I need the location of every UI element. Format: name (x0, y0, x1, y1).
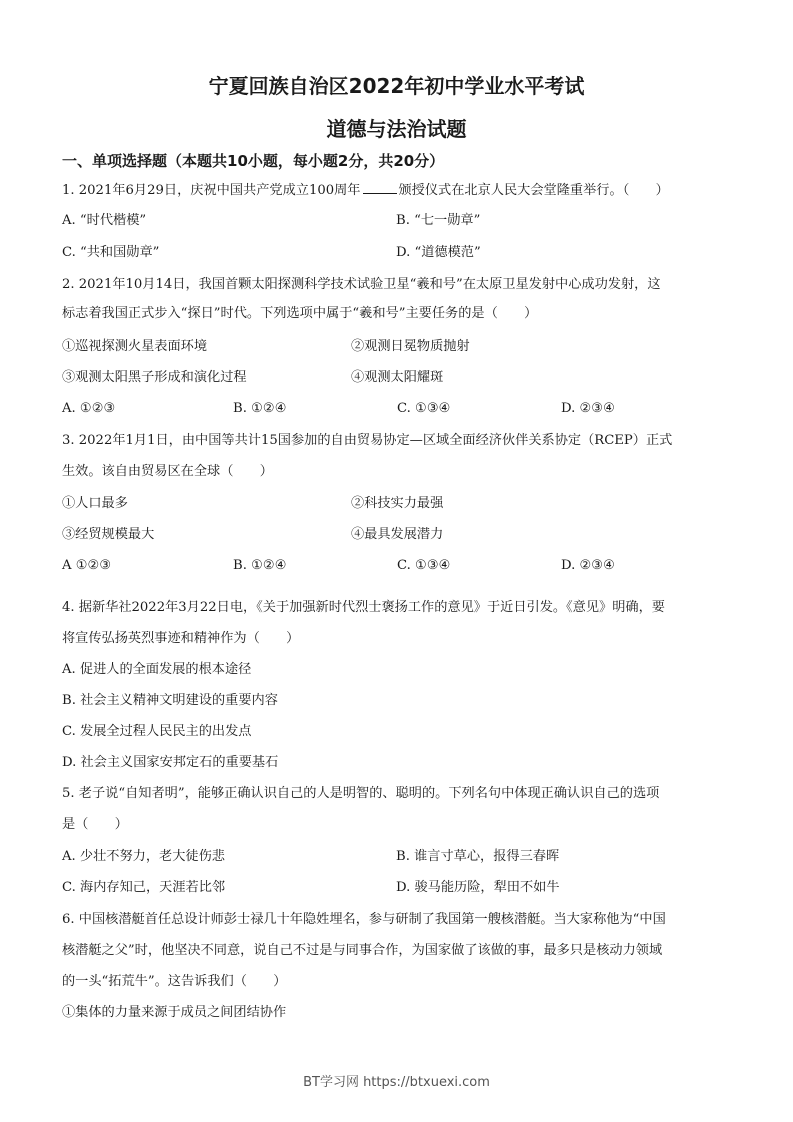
question-2-option-a: A. ①②③ (62, 400, 115, 418)
exam-subtitle: 道德与法治试题 (0, 113, 793, 142)
question-6-statement-1: ①集体的力量来源于成员之间团结协作 (62, 1004, 286, 1022)
question-1-stem: 1. 2021年6月29日，庆祝中国共产党成立100周年颁授仪式在北京人民大会堂… (62, 181, 669, 200)
question-3-statement-1: ①人口最多 (62, 495, 128, 513)
question-2-statement-3: ③观测太阳黑子形成和演化过程 (62, 369, 247, 387)
question-5-option-b: B. 谁言寸草心，报得三春晖 (396, 848, 559, 866)
exam-page: 宁夏回族自治区2022年初中学业水平考试 道德与法治试题 一、单项选择题（本题共… (0, 0, 793, 1122)
question-3-option-c: C. ①③④ (397, 557, 450, 575)
question-4-option-b: B. 社会主义精神文明建设的重要内容 (62, 692, 278, 710)
question-2-statement-4: ④观测太阳耀斑 (351, 369, 443, 387)
watermark-link[interactable]: BT学习网 https://btxuexi.com (0, 1071, 793, 1090)
question-3-stem-line-2: 生效。该自由贸易区在全球（ ） (62, 463, 273, 481)
question-4-option-c: C. 发展全过程人民民主的出发点 (62, 723, 251, 741)
question-3-statement-4: ④最具发展潜力 (351, 526, 443, 544)
question-2-stem-line-2: 标志着我国正式步入“探日”时代。下列选项中属于“羲和号”主要任务的是（ ） (62, 305, 537, 323)
question-1-option-b: B. “七一勋章” (396, 212, 480, 230)
question-4-stem-line-2: 将宣传弘扬英烈事迹和精神作为（ ） (62, 630, 299, 648)
question-6-stem-line-1: 6. 中国核潜艇首任总设计师彭士禄几十年隐姓埋名，参与研制了我国第一艘核潜艇。当… (62, 911, 666, 929)
question-5-stem-line-2: 是（ ） (62, 816, 128, 834)
section-heading: 一、单项选择题（本题共10小题，每小题2分，共20分） (62, 150, 444, 171)
question-3-option-d: D. ②③④ (561, 557, 615, 575)
fill-blank (363, 181, 397, 194)
question-4-stem-line-1: 4. 据新华社2022年3月22日电，《关于加强新时代烈士褒扬工作的意见》于近日… (62, 599, 665, 617)
question-1-option-d: D. “道德模范” (396, 244, 481, 262)
question-3-option-a: A ①②③ (62, 557, 111, 575)
question-5-option-a: A. 少壮不努力，老大徒伤悲 (62, 848, 225, 866)
question-6-stem-line-3: 的一头“拓荒牛”。这告诉我们（ ） (62, 973, 286, 991)
question-2-option-c: C. ①③④ (397, 400, 450, 418)
question-3-option-b: B. ①②④ (233, 557, 287, 575)
question-2-option-d: D. ②③④ (561, 400, 615, 418)
exam-title: 宁夏回族自治区2022年初中学业水平考试 (0, 70, 793, 99)
question-4-option-d: D. 社会主义国家安邦定石的重要基石 (62, 754, 278, 772)
question-5-stem-line-1: 5. 老子说“自知者明”，能够正确认识自己的人是明智的、聪明的。下列名句中体现正… (62, 785, 659, 803)
question-5-option-c: C. 海内存知己，天涯若比邻 (62, 879, 225, 897)
question-3-stem-line-1: 3. 2022年1月1日，由中国等共计15国参加的自由贸易协定—区域全面经济伙伴… (62, 432, 672, 450)
question-1-text-a: 1. 2021年6月29日，庆祝中国共产党成立100周年 (62, 183, 361, 198)
question-2-statement-1: ①巡视探测火星表面环境 (62, 338, 207, 356)
question-6-stem-line-2: 核潜艇之父”时，他坚决不同意，说自己不过是与同事合作，为国家做了该做的事，最多只… (62, 942, 662, 960)
question-4-option-a: A. 促进人的全面发展的根本途径 (62, 661, 251, 679)
question-2-stem-line-1: 2. 2021年10月14日，我国首颗太阳探测科学技术试验卫星“羲和号”在太原卫… (62, 276, 661, 294)
question-1-text-b: 颁授仪式在北京人民大会堂隆重举行。（ ） (399, 183, 669, 198)
question-5-option-d: D. 骏马能历险，犁田不如牛 (396, 879, 560, 897)
question-2-statement-2: ②观测日冕物质抛射 (351, 338, 470, 356)
question-1-option-c: C. “共和国勋章” (62, 244, 159, 262)
question-3-statement-2: ②科技实力最强 (351, 495, 443, 513)
question-2-option-b: B. ①②④ (233, 400, 287, 418)
question-3-statement-3: ③经贸规模最大 (62, 526, 154, 544)
question-1-option-a: A. “时代楷模” (62, 212, 146, 230)
